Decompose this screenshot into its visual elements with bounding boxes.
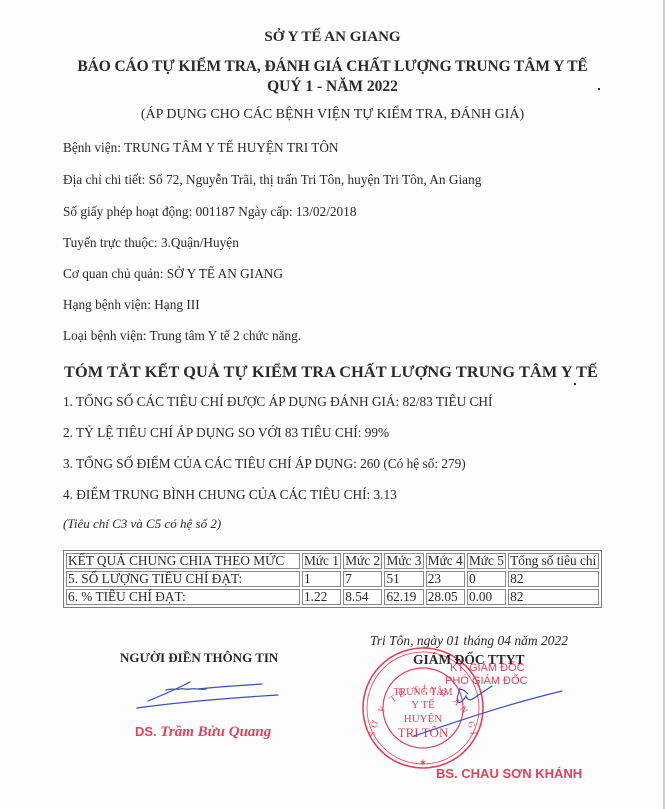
summary-item-3: 3. TỔNG SỐ ĐIỂM CỦA CÁC TIÊU CHÍ ÁP DỤNG… bbox=[63, 456, 466, 472]
summary-title: TÓM TẮT KẾT QUẢ TỰ KIỂM TRA CHẤT LƯỢNG T… bbox=[64, 362, 598, 382]
director-title: GIÁM ĐỐC TTYT bbox=[413, 652, 525, 668]
table-cell: 5. SỐ LƯỢNG TIÊU CHÍ ĐẠT: bbox=[66, 571, 300, 587]
director-signature-icon bbox=[414, 686, 562, 736]
table-cell: 1.22 bbox=[302, 589, 341, 605]
info-license: Số giấy phép hoạt động: 001187 Ngày cấp:… bbox=[63, 204, 356, 220]
applicability-note: (ÁP DỤNG CHO CÁC BỆNH VIỆN TỰ KIỂM TRA, … bbox=[0, 107, 665, 123]
info-governing-body: Cơ quan chủ quản: SỞ Y TẾ AN GIANG bbox=[63, 266, 283, 282]
deputy-title: PHÓ GIÁM ĐỐC bbox=[445, 675, 528, 687]
organization-heading: SỞ Y TẾ AN GIANG bbox=[0, 29, 665, 46]
speck bbox=[574, 383, 576, 385]
table-header-cell: Mức 2 bbox=[343, 553, 382, 569]
summary-item-4: 4. ĐIỂM TRUNG BÌNH CHUNG CỦA CÁC TIÊU CH… bbox=[63, 487, 397, 503]
table-cell: 23 bbox=[426, 571, 465, 587]
table-header-row: KẾT QUẢ CHUNG CHIA THEO MỨC Mức 1 Mức 2 … bbox=[66, 553, 599, 569]
report-title: BÁO CÁO TỰ KIỂM TRA, ĐÁNH GIÁ CHẤT LƯỢNG… bbox=[0, 58, 665, 76]
director-name: BS. CHAU SƠN KHÁNH bbox=[436, 766, 582, 781]
table-header-cell: Mức 3 bbox=[384, 553, 423, 569]
svg-text:Y TẾ: Y TẾ bbox=[411, 698, 435, 711]
info-hospital: Bệnh viện: TRUNG TÂM Y TẾ HUYỆN TRI TÔN bbox=[63, 140, 339, 156]
speck bbox=[598, 88, 600, 90]
summary-item-2: 2. TỶ LỆ TIÊU CHÍ ÁP DỤNG SO VỚI 83 TIÊU… bbox=[63, 425, 389, 441]
table-cell: 62.19 bbox=[384, 589, 423, 605]
svg-text:HUYỆN: HUYỆN bbox=[404, 713, 443, 725]
table-cell: 0 bbox=[467, 571, 506, 587]
info-level: Tuyến trực thuộc: 3.Quận/Huyện bbox=[63, 235, 239, 251]
report-period: QUÝ 1 - NĂM 2022 bbox=[0, 78, 665, 96]
table-row: 5. SỐ LƯỢNG TIÊU CHÍ ĐẠT: 1 7 51 23 0 82 bbox=[66, 571, 599, 587]
table-header-cell: Mức 1 bbox=[302, 553, 341, 569]
info-hospital-type: Loại bệnh viện: Trung tâm Y tế 2 chức nă… bbox=[63, 328, 301, 344]
coefficient-note: (Tiêu chí C3 và C5 có hệ số 2) bbox=[63, 516, 221, 532]
table-cell: 6. % TIÊU CHÍ ĐẠT: bbox=[66, 589, 300, 605]
table-cell: 82 bbox=[508, 571, 599, 587]
info-hospital-rank: Hạng bệnh viện: Hạng III bbox=[63, 297, 200, 313]
filler-name: DS. Trầm Bửu Quang bbox=[135, 724, 271, 741]
svg-text:✶: ✶ bbox=[419, 758, 427, 769]
table-cell: 28.05 bbox=[426, 589, 465, 605]
place-date: Tri Tôn, ngày 01 tháng 04 năm 2022 bbox=[370, 633, 568, 649]
summary-item-1: 1. TỔNG SỐ CÁC TIÊU CHÍ ĐƯỢC ÁP DỤNG ĐÁN… bbox=[63, 394, 492, 410]
table-cell: 8.54 bbox=[343, 589, 382, 605]
svg-text:TRI TÔN: TRI TÔN bbox=[398, 725, 449, 740]
table-cell: 1 bbox=[302, 571, 341, 587]
results-table: KẾT QUẢ CHUNG CHIA THEO MỨC Mức 1 Mức 2 … bbox=[63, 550, 602, 608]
table-cell: 51 bbox=[384, 571, 423, 587]
filler-full-name: Trầm Bửu Quang bbox=[160, 724, 271, 740]
filler-title: NGƯỜI ĐIỀN THÔNG TIN bbox=[120, 650, 278, 666]
table-header-cell: Tổng số tiêu chí bbox=[508, 553, 599, 569]
filler-prefix: DS. bbox=[135, 724, 157, 739]
table-cell: 0.00 bbox=[467, 589, 506, 605]
filler-signature-icon bbox=[137, 682, 278, 708]
table-cell: 7 bbox=[343, 571, 382, 587]
table-cell: 82 bbox=[508, 589, 599, 605]
svg-text:TRUNG TÂM: TRUNG TÂM bbox=[394, 686, 453, 698]
table-header-cell: Mức 4 bbox=[426, 553, 465, 569]
info-address: Địa chỉ chi tiết: Số 72, Nguyễn Trãi, th… bbox=[63, 172, 481, 188]
table-row: 6. % TIÊU CHÍ ĐẠT: 1.22 8.54 62.19 28.05… bbox=[66, 589, 599, 605]
table-header-cell: KẾT QUẢ CHUNG CHIA THEO MỨC bbox=[66, 553, 300, 569]
table-header-cell: Mức 5 bbox=[467, 553, 506, 569]
